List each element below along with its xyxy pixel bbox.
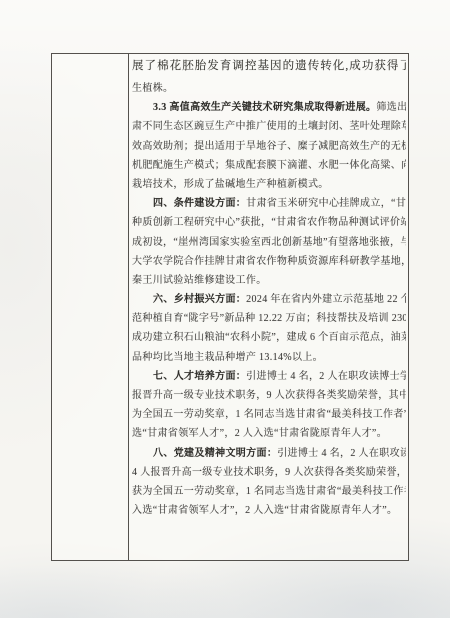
text-line: 七、人才培养方面：引进博士 4 名，2 人在职攻读博士学位，4 人 <box>132 367 406 386</box>
text-line: 四、条件建设方面：甘肃省玉米研究中心挂牌成立，“甘肃省玉米 <box>132 194 406 213</box>
text-line: 秦王川试验站维修建设工作。 <box>132 271 406 290</box>
text-run: 大学农学院合作挂牌甘肃省农作物种质资源库科研教学基地，完成瓜州、 <box>132 256 406 267</box>
text-run: 获为全国五一劳动奖章，1 名同志当选甘肃省“最美科技工作者”，2 人 <box>132 486 406 497</box>
report-table: 展了棉花胚胎发育调控基因的遗传转化,成功获得了再生植株。3.3 高值高效生产关键… <box>51 53 409 561</box>
text-line: 选“甘肃省领军人才”，2 人入选“甘肃省陇原青年人才”。 <box>132 424 406 443</box>
text-run: 筛选出适用于甘 <box>376 102 406 113</box>
paragraph-heading: 七、人才培养方面： <box>153 371 246 382</box>
scan-shadow <box>0 564 450 618</box>
text-run: 选“甘肃省领军人才”，2 人入选“甘肃省陇原青年人才”。 <box>132 428 387 439</box>
text-line: 展了棉花胚胎发育调控基因的遗传转化,成功获得了再 <box>132 56 406 79</box>
paragraph-heading: 四、条件建设方面： <box>153 198 246 209</box>
text-run: 栽培技术，形成了盐碱地生产种植新模式。 <box>132 179 329 190</box>
text-line: 3.3 高值高效生产关键技术研究集成取得新进展。筛选出适用于甘 <box>132 98 406 117</box>
text-run: 入选“甘肃省领军人才”，2 人入选“甘肃省陇原青年人才”。 <box>132 505 397 516</box>
text-line: 机肥配施生产模式；集成配套膜下滴灌、水肥一体化高粱、向日葵高效 <box>132 156 406 175</box>
text-line: 六、乡村振兴方面：2024 年在省内外建立示范基地 22 个，试验示 <box>132 290 406 309</box>
text-run: 引进博士 4 名，2 人在职攻读博士学位， <box>277 448 406 459</box>
text-line: 品种均比当地主栽品种增产 13.14%以上。 <box>132 348 406 367</box>
text-line: 肃不同生态区豌豆生产中推广使用的土壤封闭、茎叶处理除草剂减量增 <box>132 117 406 136</box>
table-content-column: 展了棉花胚胎发育调控基因的遗传转化,成功获得了再生植株。3.3 高值高效生产关键… <box>129 54 408 560</box>
text-run: 为全国五一劳动奖章，1 名同志当选甘肃省“最美科技工作者”，2 人入 <box>132 409 406 420</box>
text-line: 成功建立积石山粮油“农科小院”，建成 6 个百亩示范点，油菜、玉米 <box>132 328 406 347</box>
text-run: 生植株。 <box>132 83 173 94</box>
text-line: 栽培技术，形成了盐碱地生产种植新模式。 <box>132 175 406 194</box>
text-line: 4 人报晋升高一级专业技术职务，9 人次获得各类奖励荣誉，其中 1 人荣 <box>132 463 406 482</box>
text-run: 范种植自育“陇字号”新品种 12.22 万亩；科技帮扶及培训 230 人次； <box>132 313 406 324</box>
text-run: 效高效助剂；提出适用于旱地谷子、糜子减肥高效生产的无机肥配施有 <box>132 141 406 152</box>
text-run: 成初设，“崖州湾国家实验室西北创新基地”有望落地张掖，与甘肃农业 <box>132 237 406 248</box>
text-run: 成功建立积石山粮油“农科小院”，建成 6 个百亩示范点，油菜、玉米 <box>132 332 406 343</box>
paragraph-heading: 3.3 高值高效生产关键技术研究集成取得新进展。 <box>153 102 376 113</box>
text-line: 获为全国五一劳动奖章，1 名同志当选甘肃省“最美科技工作者”，2 人 <box>132 482 406 501</box>
scanned-document-page: 展了棉花胚胎发育调控基因的遗传转化,成功获得了再生植株。3.3 高值高效生产关键… <box>0 0 450 618</box>
text-run: 秦王川试验站维修建设工作。 <box>132 275 267 286</box>
text-run: 引进博士 4 名，2 人在职攻读博士学位，4 人 <box>246 371 406 382</box>
text-run: 4 人报晋升高一级专业技术职务，9 人次获得各类奖励荣誉，其中 1 人荣 <box>132 467 406 478</box>
text-line: 成初设，“崖州湾国家实验室西北创新基地”有望落地张掖，与甘肃农业 <box>132 233 406 252</box>
text-line: 效高效助剂；提出适用于旱地谷子、糜子减肥高效生产的无机肥配施有 <box>132 137 406 156</box>
text-run: 肃不同生态区豌豆生产中推广使用的土壤封闭、茎叶处理除草剂减量增 <box>132 121 406 132</box>
text-line: 八、党建及精神文明方面：引进博士 4 名，2 人在职攻读博士学位， <box>132 444 406 463</box>
text-line: 入选“甘肃省领军人才”，2 人入选“甘肃省陇原青年人才”。 <box>132 501 406 520</box>
text-run: 展了棉花胚胎发育调控基因的遗传转化,成功获得了 <box>132 60 406 72</box>
text-run: 甘肃省玉米研究中心挂牌成立，“甘肃省玉米 <box>246 198 406 209</box>
table-label-column <box>52 54 129 560</box>
text-run: 机肥配施生产模式；集成配套膜下滴灌、水肥一体化高粱、向日葵高效 <box>132 160 406 171</box>
text-run: 品种均比当地主栽品种增产 13.14%以上。 <box>132 352 323 363</box>
paragraph-heading: 八、党建及精神文明方面： <box>153 448 277 459</box>
text-run: 2024 年在省内外建立示范基地 22 个，试验示 <box>246 294 406 305</box>
text-line: 范种植自育“陇字号”新品种 12.22 万亩；科技帮扶及培训 230 人次； <box>132 309 406 328</box>
text-line: 报晋升高一级专业技术职务，9 人次获得各类奖励荣誉，其中 1 人荣获 <box>132 386 406 405</box>
paragraph-heading: 六、乡村振兴方面： <box>153 294 246 305</box>
text-line: 种质创新工程研究中心”获批，“甘肃省农作物品种测试评价站建设”完 <box>132 213 406 232</box>
text-run: 报晋升高一级专业技术职务，9 人次获得各类奖励荣誉，其中 1 人荣获 <box>132 390 406 401</box>
text-line: 大学农学院合作挂牌甘肃省农作物种质资源库科研教学基地，完成瓜州、 <box>132 252 406 271</box>
text-line: 生植株。 <box>132 79 406 98</box>
text-line: 为全国五一劳动奖章，1 名同志当选甘肃省“最美科技工作者”，2 人入 <box>132 405 406 424</box>
text-run: 种质创新工程研究中心”获批，“甘肃省农作物品种测试评价站建设”完 <box>132 217 406 228</box>
